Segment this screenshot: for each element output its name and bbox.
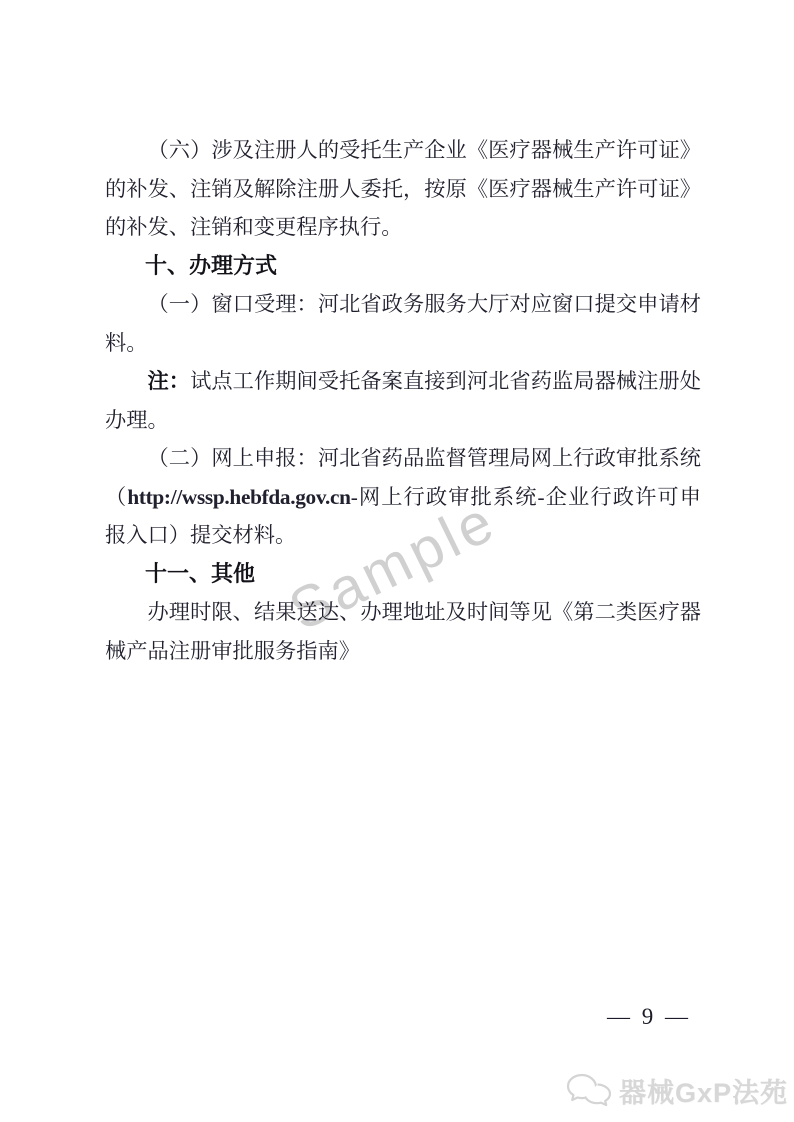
section-heading: 十、办理方式: [105, 247, 701, 286]
section-heading: 十一、其他: [105, 555, 701, 594]
paragraph: （一）窗口受理：河北省政务服务大厅对应窗口提交申请材料。: [105, 285, 701, 362]
document-body: （六）涉及注册人的受托生产企业《医疗器械生产许可证》的补发、注销及解除注册人委托…: [105, 131, 701, 670]
paragraph-text: （一）窗口受理：河北省政务服务大厅对应窗口提交申请材料。: [105, 292, 701, 355]
paragraph: 办理时限、结果送达、办理地址及时间等见《第二类医疗器械产品注册审批服务指南》: [105, 593, 701, 670]
paragraph-text: 十一、其他: [145, 561, 255, 586]
paragraph-text: （六）涉及注册人的受托生产企业《医疗器械生产许可证》的补发、注销及解除注册人委托…: [105, 138, 701, 239]
brand-watermark: 器械GxP法苑: [566, 1071, 788, 1110]
paragraph-text: 试点工作期间受托备案直接到河北省药监局器械注册处办理。: [105, 369, 701, 432]
paragraph-text: 办理时限、结果送达、办理地址及时间等见《第二类医疗器械产品注册审批服务指南》: [105, 600, 701, 663]
note-prefix: 注：: [148, 369, 191, 393]
document-page: Sample （六）涉及注册人的受托生产企业《医疗器械生产许可证》的补发、注销及…: [0, 0, 794, 1122]
paragraph: 注：试点工作期间受托备案直接到河北省药监局器械注册处办理。: [105, 362, 701, 439]
paragraph-text: 十、办理方式: [145, 253, 277, 278]
paragraph: （二）网上申报：河北省药品监督管理局网上行政审批系统（http://wssp.h…: [105, 439, 701, 555]
chat-bubbles-icon: [566, 1072, 612, 1110]
brand-name: 器械GxP法苑: [619, 1071, 788, 1110]
url-text: http://wssp.hebfda.gov.cn: [127, 485, 350, 509]
page-number: — 9 —: [607, 1004, 691, 1030]
paragraph: （六）涉及注册人的受托生产企业《医疗器械生产许可证》的补发、注销及解除注册人委托…: [105, 131, 701, 247]
